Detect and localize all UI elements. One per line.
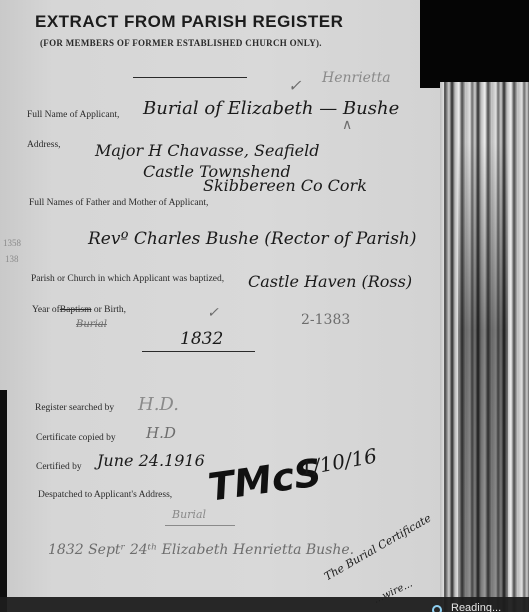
certificate-copied-value: H.D (146, 424, 176, 442)
despatch-underline (165, 525, 235, 526)
document-scan: EXTRACT FROM PARISH REGISTER (FOR MEMBER… (0, 0, 529, 612)
address-label: Address, (27, 140, 61, 150)
status-text: Reading... (451, 602, 501, 612)
status-bar: Reading... (0, 597, 529, 612)
certificate-copied-label: Certificate copied by (36, 433, 116, 443)
register-searched-label: Register searched by (35, 403, 114, 413)
address-line-1: Major H Chavasse, Seafield (95, 141, 319, 160)
corner-note: Henrietta (322, 70, 391, 86)
margin-number-1: 1358 (3, 238, 21, 248)
despatched-label: Despatched to Applicant's Address, (38, 490, 172, 500)
title-divider (133, 77, 247, 78)
year-label: Year ofBaptism or Birth, (32, 305, 126, 315)
year-check-mark: ✓ (207, 305, 219, 321)
margin-number-2: 138 (5, 254, 19, 264)
reference-number: 2-1383 (301, 312, 350, 328)
despatch-date: 1/10/16 (299, 443, 379, 480)
applicant-name-label: Full Name of Applicant, (27, 110, 119, 120)
parish-label: Parish or Church in which Applicant was … (31, 274, 224, 284)
parents-label: Full Names of Father and Mother of Appli… (29, 198, 208, 208)
ledger-spine (440, 82, 529, 612)
left-scan-edge (0, 390, 7, 612)
scan-dark-area (420, 0, 529, 88)
loading-circle-icon (432, 605, 442, 612)
page-edge-line (444, 82, 446, 612)
register-searched-value: H.D. (138, 394, 179, 415)
document-subtitle: (FOR MEMBERS OF FORMER ESTABLISHED CHURC… (40, 38, 322, 48)
year-underline (142, 351, 255, 352)
parents-value: Revº Charles Bushe (Rector of Parish) (88, 229, 417, 249)
year-value: 1832 (180, 329, 223, 349)
insertion-caret: ∧ (342, 117, 352, 133)
applicant-name-value: Burial of Elizabeth — Bushe (143, 98, 399, 119)
certified-label: Certified by (36, 462, 82, 472)
check-mark: ✓ (288, 76, 301, 95)
parish-value: Castle Haven (Ross) (248, 272, 412, 291)
register-entry: 1832 Septʳ 24ᵗʰ Elizabeth Henrietta Bush… (48, 542, 354, 558)
despatch-note: Burial (172, 508, 206, 521)
certified-value: June 24.1916 (97, 451, 205, 470)
year-note: Burial (76, 319, 107, 330)
document-title: EXTRACT FROM PARISH REGISTER (35, 12, 343, 32)
address-line-3: Skibbereen Co Cork (203, 176, 367, 195)
